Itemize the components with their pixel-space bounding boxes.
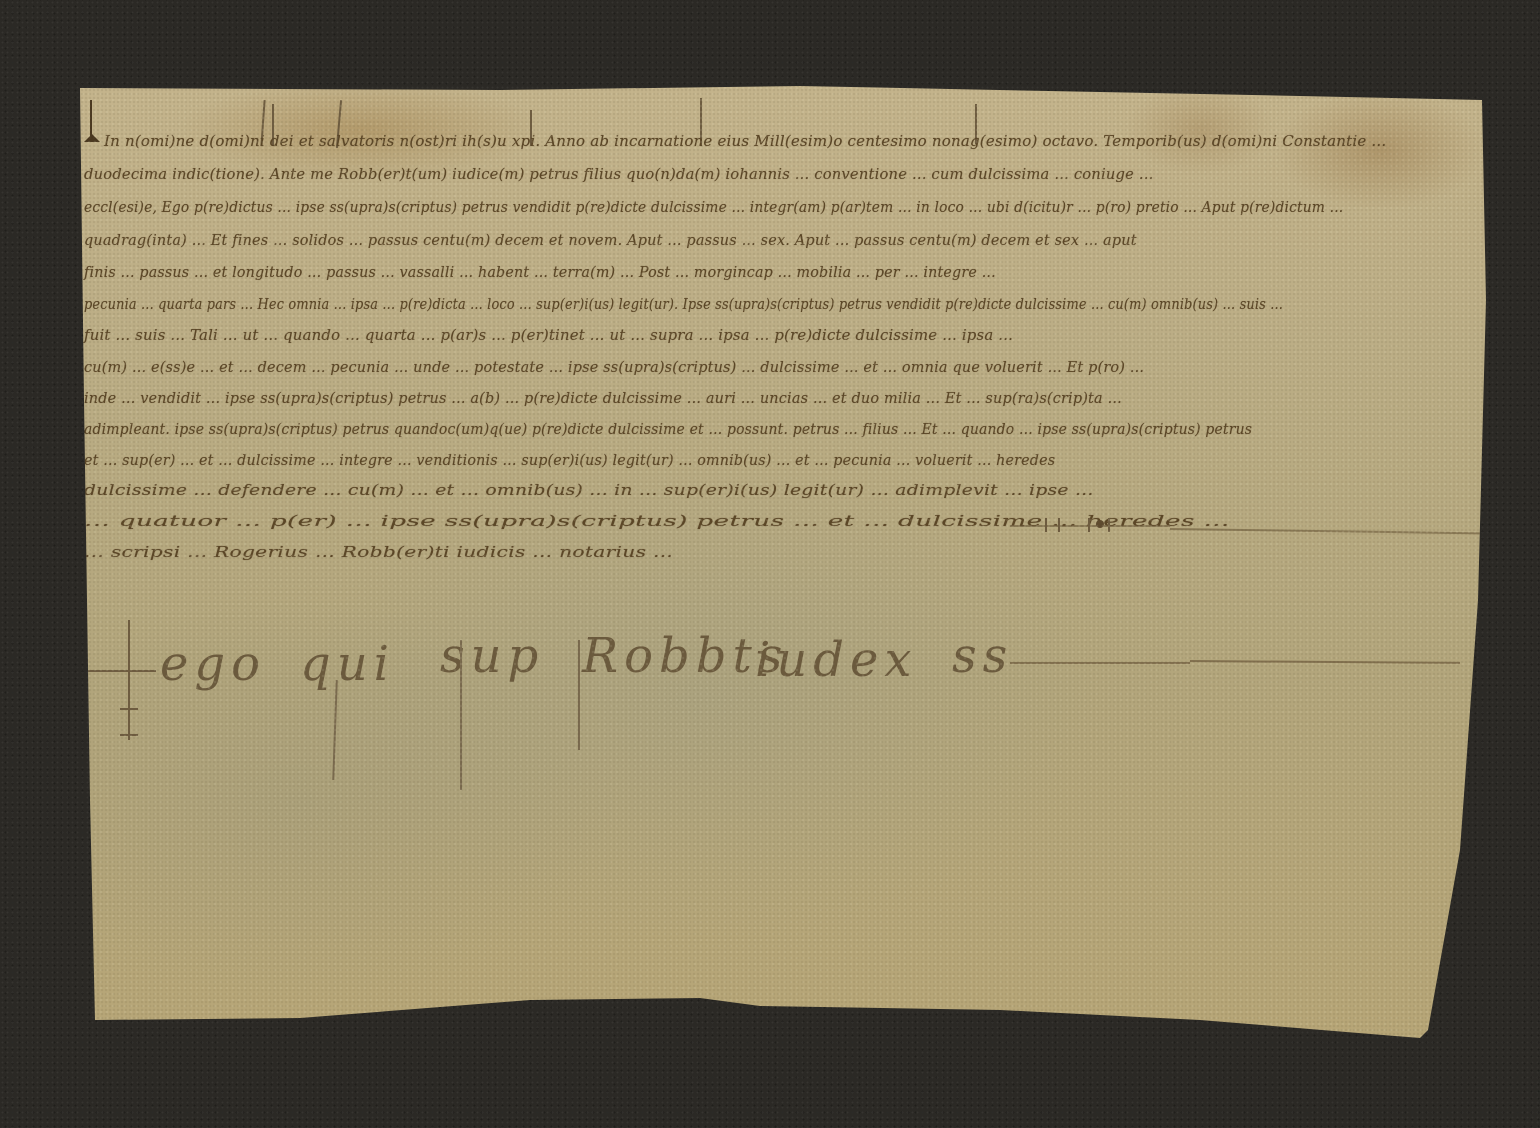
subscription-word: iudex bbox=[755, 632, 917, 688]
invocation-cross-icon bbox=[84, 100, 102, 144]
text-line: In n(omi)ne d(omi)ni dei et salvatoris n… bbox=[104, 132, 1386, 150]
text-line: finis ... passus ... et longitudo ... pa… bbox=[84, 263, 996, 281]
subscription-word: ss bbox=[952, 628, 1013, 684]
text-line: et ... sup(er) ... et ... dulcissime ...… bbox=[84, 451, 1055, 469]
subscription-word: ego bbox=[160, 636, 266, 692]
text-line: adimpleant. ipse ss(upra)s(criptus) petr… bbox=[84, 420, 1252, 438]
subscription-word: sup bbox=[440, 628, 544, 684]
text-line: pecunia ... quarta pars ... Hec omnia ..… bbox=[84, 295, 1283, 313]
text-line: duodecima indic(tione). Ante me Robb(er)… bbox=[84, 165, 1154, 183]
document-viewer: In n(omi)ne d(omi)ni dei et salvatoris n… bbox=[0, 0, 1540, 1128]
text-line: quadrag(inta) ... Et fines ... solidos .… bbox=[84, 231, 1137, 249]
closing-rule bbox=[1010, 525, 1170, 527]
signature-flourish bbox=[1190, 660, 1460, 664]
closing-rule bbox=[1170, 528, 1480, 534]
text-line: eccl(esi)e, Ego p(re)dictus ... ipse ss(… bbox=[84, 198, 1343, 216]
signum-cross-icon bbox=[86, 620, 156, 750]
text-line: inde ... vendidit ... ipse ss(upra)s(cri… bbox=[84, 389, 1122, 407]
text-line: dulcissime ... defendere ... cu(m) ... e… bbox=[84, 481, 1094, 499]
signature-flourish bbox=[1010, 662, 1190, 664]
parchment-sheet: In n(omi)ne d(omi)ni dei et salvatoris n… bbox=[0, 0, 1540, 1128]
text-line: fuit ... suis ... Tali ... ut ... quando… bbox=[84, 326, 1013, 344]
text-line: ... scripsi ... Rogerius ... Robb(er)ti … bbox=[84, 543, 673, 561]
subscription-word: qui bbox=[300, 636, 395, 692]
text-line: cu(m) ... e(ss)e ... et ... decem ... pe… bbox=[84, 358, 1144, 376]
